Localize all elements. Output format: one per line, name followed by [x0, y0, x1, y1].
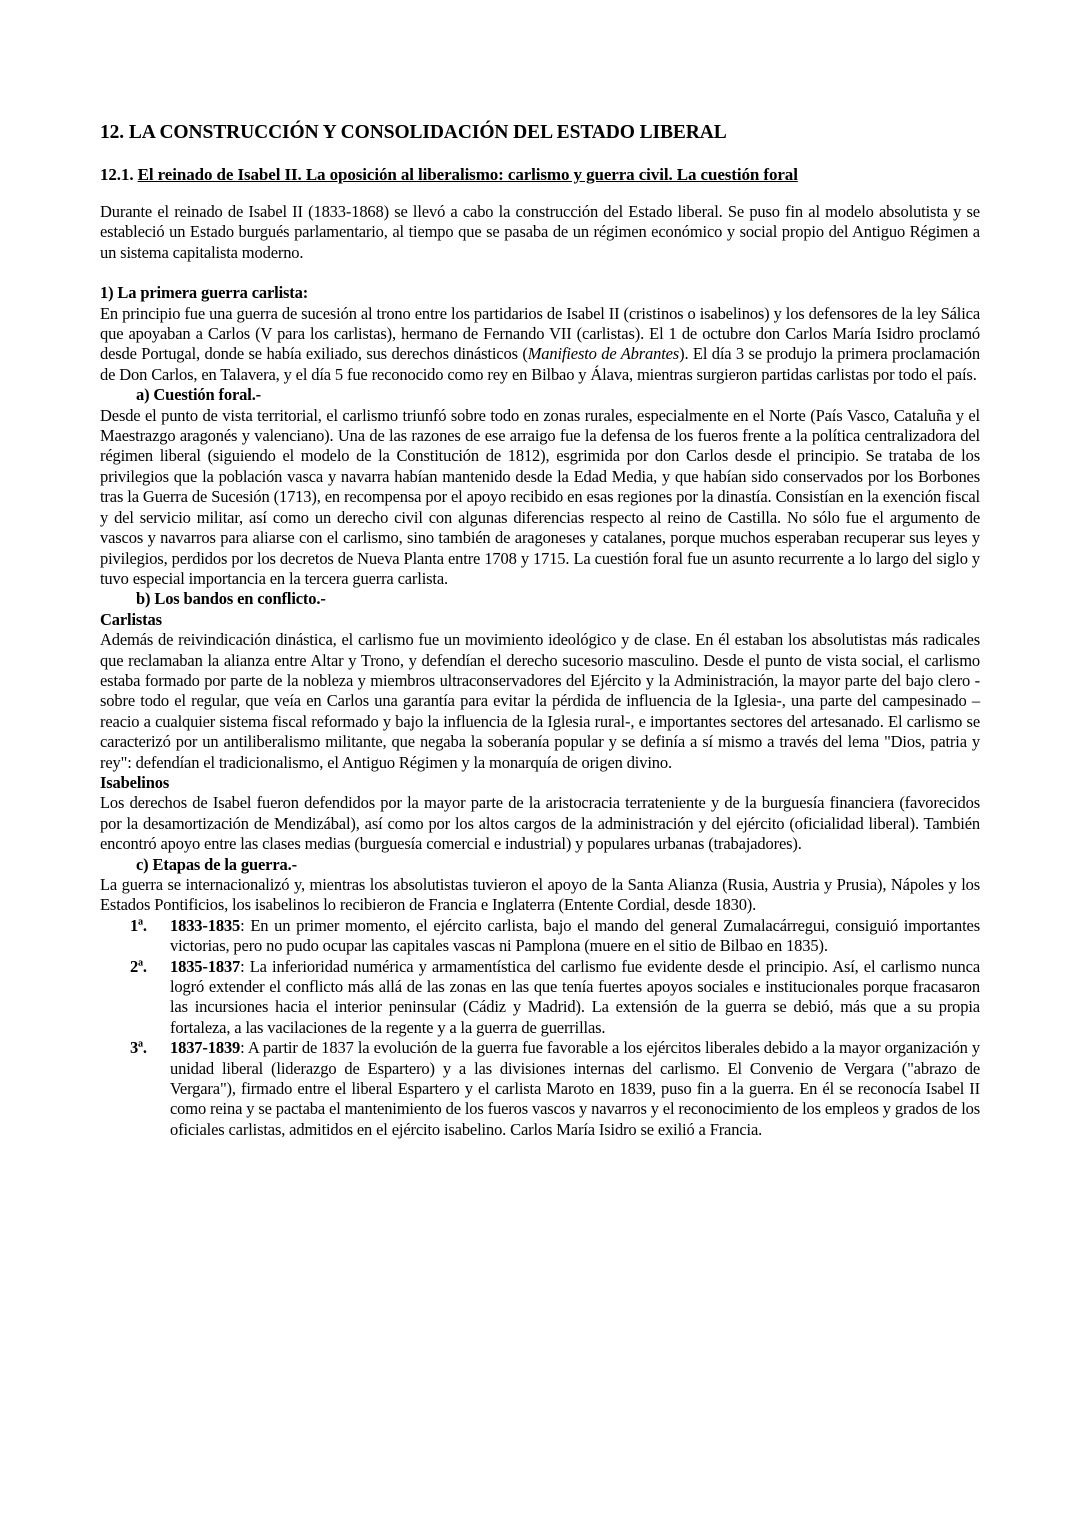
section-number: 12.1.: [100, 165, 138, 184]
carlistas-paragraph: Además de reivindicación dinástica, el c…: [100, 630, 980, 773]
stage-3-text: : A partir de 1837 la evolución de la gu…: [170, 1038, 980, 1139]
stage-2-marker: 2ª.: [130, 957, 147, 977]
stage-1-text: : En un primer momento, el ejército carl…: [170, 916, 980, 955]
carlistas-label: Carlistas: [100, 610, 980, 630]
document-page: 12. LA CONSTRUCCIÓN Y CONSOLIDACIÓN DEL …: [0, 0, 1080, 1527]
stage-2-paragraph: 1835-1837: La inferioridad numérica y ar…: [170, 957, 980, 1039]
stage-3-dates: 1837-1839: [170, 1038, 240, 1057]
section-title: El reinado de Isabel II. La oposición al…: [138, 165, 798, 184]
isabelinos-paragraph: Los derechos de Isabel fueron defendidos…: [100, 793, 980, 854]
etapas-intro-paragraph: La guerra se internacionalizó y, mientra…: [100, 875, 980, 916]
intro-paragraph: Durante el reinado de Isabel II (1833-18…: [100, 202, 980, 263]
stage-1-paragraph: 1833-1835: En un primer momento, el ejér…: [170, 916, 980, 957]
stage-item-1: 1ª. 1833-1835: En un primer momento, el …: [170, 916, 980, 957]
stage-2-text: : La inferioridad numérica y armamentíst…: [170, 957, 980, 1037]
war-heading: 1) La primera guerra carlista:: [100, 283, 980, 303]
manifiesto-italic: Manifiesto de Abrantes: [528, 344, 679, 363]
section-heading: 12.1. El reinado de Isabel II. La oposic…: [100, 164, 980, 186]
etapas-subheading: c) Etapas de la guerra.-: [100, 855, 980, 875]
war-origin-paragraph: En principio fue una guerra de sucesión …: [100, 304, 980, 386]
stage-item-2: 2ª. 1835-1837: La inferioridad numérica …: [170, 957, 980, 1039]
stage-1-dates: 1833-1835: [170, 916, 240, 935]
stage-3-marker: 3ª.: [130, 1038, 147, 1058]
stage-1-marker: 1ª.: [130, 916, 147, 936]
document-body: Durante el reinado de Isabel II (1833-18…: [100, 202, 980, 1140]
stage-2-dates: 1835-1837: [170, 957, 240, 976]
foral-subheading: a) Cuestión foral.-: [100, 385, 980, 405]
isabelinos-label: Isabelinos: [100, 773, 980, 793]
bandos-subheading: b) Los bandos en conflicto.-: [100, 589, 980, 609]
stage-3-paragraph: 1837-1839: A partir de 1837 la evolución…: [170, 1038, 980, 1140]
foral-paragraph: Desde el punto de vista territorial, el …: [100, 406, 980, 590]
stage-item-3: 3ª. 1837-1839: A partir de 1837 la evolu…: [170, 1038, 980, 1140]
page-title: 12. LA CONSTRUCCIÓN Y CONSOLIDACIÓN DEL …: [100, 122, 980, 144]
